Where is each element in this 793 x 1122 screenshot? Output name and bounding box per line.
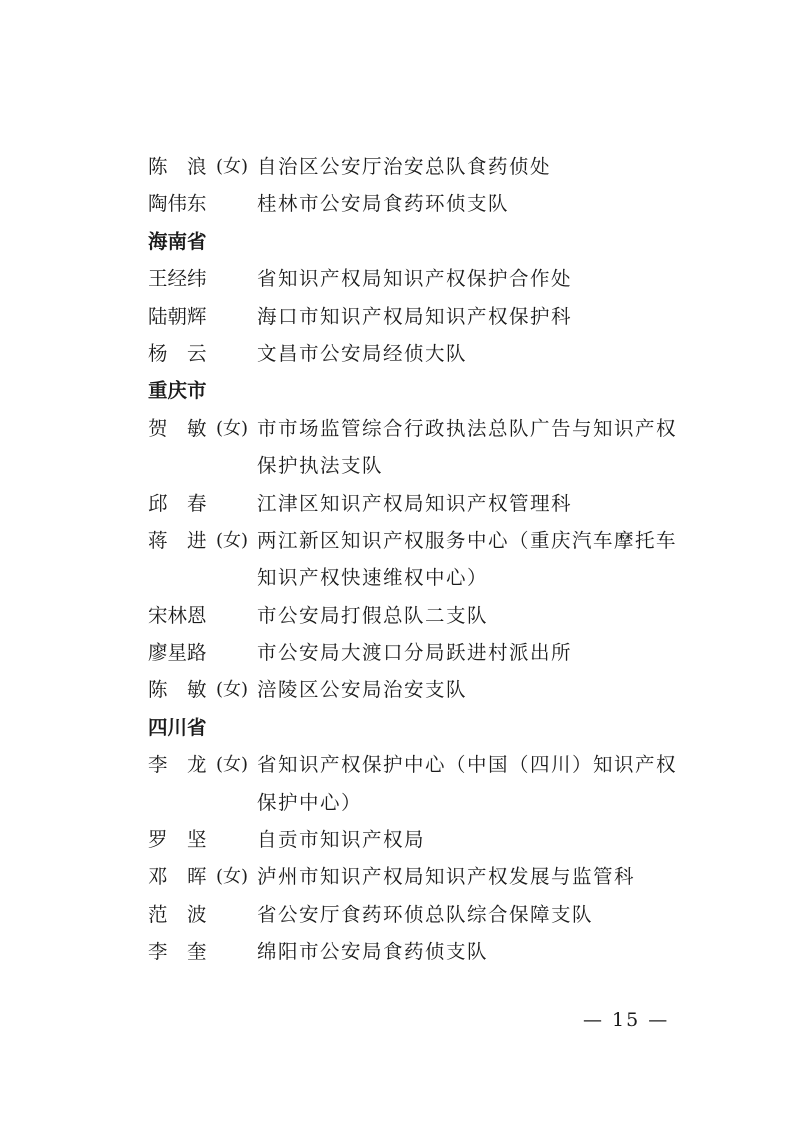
organization-continuation: 知识产权快速维权中心） <box>257 559 488 596</box>
person-name: 范 波 <box>148 896 220 933</box>
organization-continuation: 保护执法支队 <box>257 447 383 484</box>
person-name: 宋林恩 <box>148 597 220 634</box>
person-entry: 陈 浪(女)自治区公安厅治安总队食药侦处 <box>148 148 688 185</box>
person-name: 李 龙 <box>148 746 220 783</box>
person-entry: 廖星路市公安局大渡口分局跃进村派出所 <box>148 634 688 671</box>
organization: 自治区公安厅治安总队食药侦处 <box>257 148 551 185</box>
organization: 市公安局打假总队二支队 <box>257 597 488 634</box>
gender-marker: (女) <box>216 522 248 559</box>
organization: 省公安厅食药环侦总队综合保障支队 <box>257 896 593 933</box>
person-name: 邱 春 <box>148 485 220 522</box>
section-heading: 海南省 <box>148 223 688 260</box>
gender-marker: (女) <box>216 746 248 783</box>
person-name: 陶伟东 <box>148 185 220 222</box>
entry-continuation-line: 保护中心） <box>148 784 688 821</box>
organization: 绵阳市公安局食药侦支队 <box>257 933 488 970</box>
entry-continuation-line: 保护执法支队 <box>148 447 688 484</box>
organization: 涪陵区公安局治安支队 <box>257 671 467 708</box>
organization: 江津区知识产权局知识产权管理科 <box>257 485 572 522</box>
gender-marker: (女) <box>216 410 248 447</box>
person-name: 罗 坚 <box>148 821 220 858</box>
organization: 桂林市公安局食药环侦支队 <box>257 185 509 222</box>
organization: 海口市知识产权局知识产权保护科 <box>257 298 572 335</box>
person-entry: 陶伟东桂林市公安局食药环侦支队 <box>148 185 688 222</box>
person-name: 邓 晖 <box>148 858 220 895</box>
person-name: 蒋 进 <box>148 522 220 559</box>
person-entry: 杨 云文昌市公安局经侦大队 <box>148 335 688 372</box>
person-entry: 邓 晖(女)泸州市知识产权局知识产权发展与监管科 <box>148 858 688 895</box>
person-name: 廖星路 <box>148 634 220 671</box>
person-entry: 范 波省公安厅食药环侦总队综合保障支队 <box>148 896 688 933</box>
person-entry: 蒋 进(女)两江新区知识产权服务中心（重庆汽车摩托车 <box>148 522 688 559</box>
person-entry: 邱 春江津区知识产权局知识产权管理科 <box>148 485 688 522</box>
person-entry: 贺 敏(女)市市场监管综合行政执法总队广告与知识产权 <box>148 410 688 447</box>
person-name: 陆朝辉 <box>148 298 220 335</box>
organization: 市市场监管综合行政执法总队广告与知识产权 <box>257 410 677 447</box>
person-name: 王经纬 <box>148 260 220 297</box>
person-name: 陈 敏 <box>148 671 220 708</box>
organization: 省知识产权局知识产权保护合作处 <box>257 260 572 297</box>
document-page: 陈 浪(女)自治区公安厅治安总队食药侦处陶伟东桂林市公安局食药环侦支队海南省王经… <box>148 148 688 971</box>
organization: 省知识产权保护中心（中国（四川）知识产权 <box>257 746 677 783</box>
person-entry: 李 奎绵阳市公安局食药侦支队 <box>148 933 688 970</box>
person-entry: 陈 敏(女)涪陵区公安局治安支队 <box>148 671 688 708</box>
person-name: 李 奎 <box>148 933 220 970</box>
organization: 泸州市知识产权局知识产权发展与监管科 <box>257 858 635 895</box>
person-entry: 陆朝辉海口市知识产权局知识产权保护科 <box>148 298 688 335</box>
gender-marker: (女) <box>216 148 248 185</box>
page-number: — 15 — <box>583 1009 669 1031</box>
person-entry: 王经纬省知识产权局知识产权保护合作处 <box>148 260 688 297</box>
section-heading: 四川省 <box>148 709 688 746</box>
person-entry: 宋林恩市公安局打假总队二支队 <box>148 597 688 634</box>
section-heading: 重庆市 <box>148 372 688 409</box>
person-entry: 李 龙(女)省知识产权保护中心（中国（四川）知识产权 <box>148 746 688 783</box>
person-name: 陈 浪 <box>148 148 220 185</box>
organization: 自贡市知识产权局 <box>257 821 425 858</box>
entry-continuation-line: 知识产权快速维权中心） <box>148 559 688 596</box>
person-entry: 罗 坚自贡市知识产权局 <box>148 821 688 858</box>
organization: 两江新区知识产权服务中心（重庆汽车摩托车 <box>257 522 677 559</box>
organization: 市公安局大渡口分局跃进村派出所 <box>257 634 572 671</box>
gender-marker: (女) <box>216 671 248 708</box>
organization-continuation: 保护中心） <box>257 784 362 821</box>
gender-marker: (女) <box>216 858 248 895</box>
person-name: 贺 敏 <box>148 410 220 447</box>
person-name: 杨 云 <box>148 335 220 372</box>
organization: 文昌市公安局经侦大队 <box>257 335 467 372</box>
